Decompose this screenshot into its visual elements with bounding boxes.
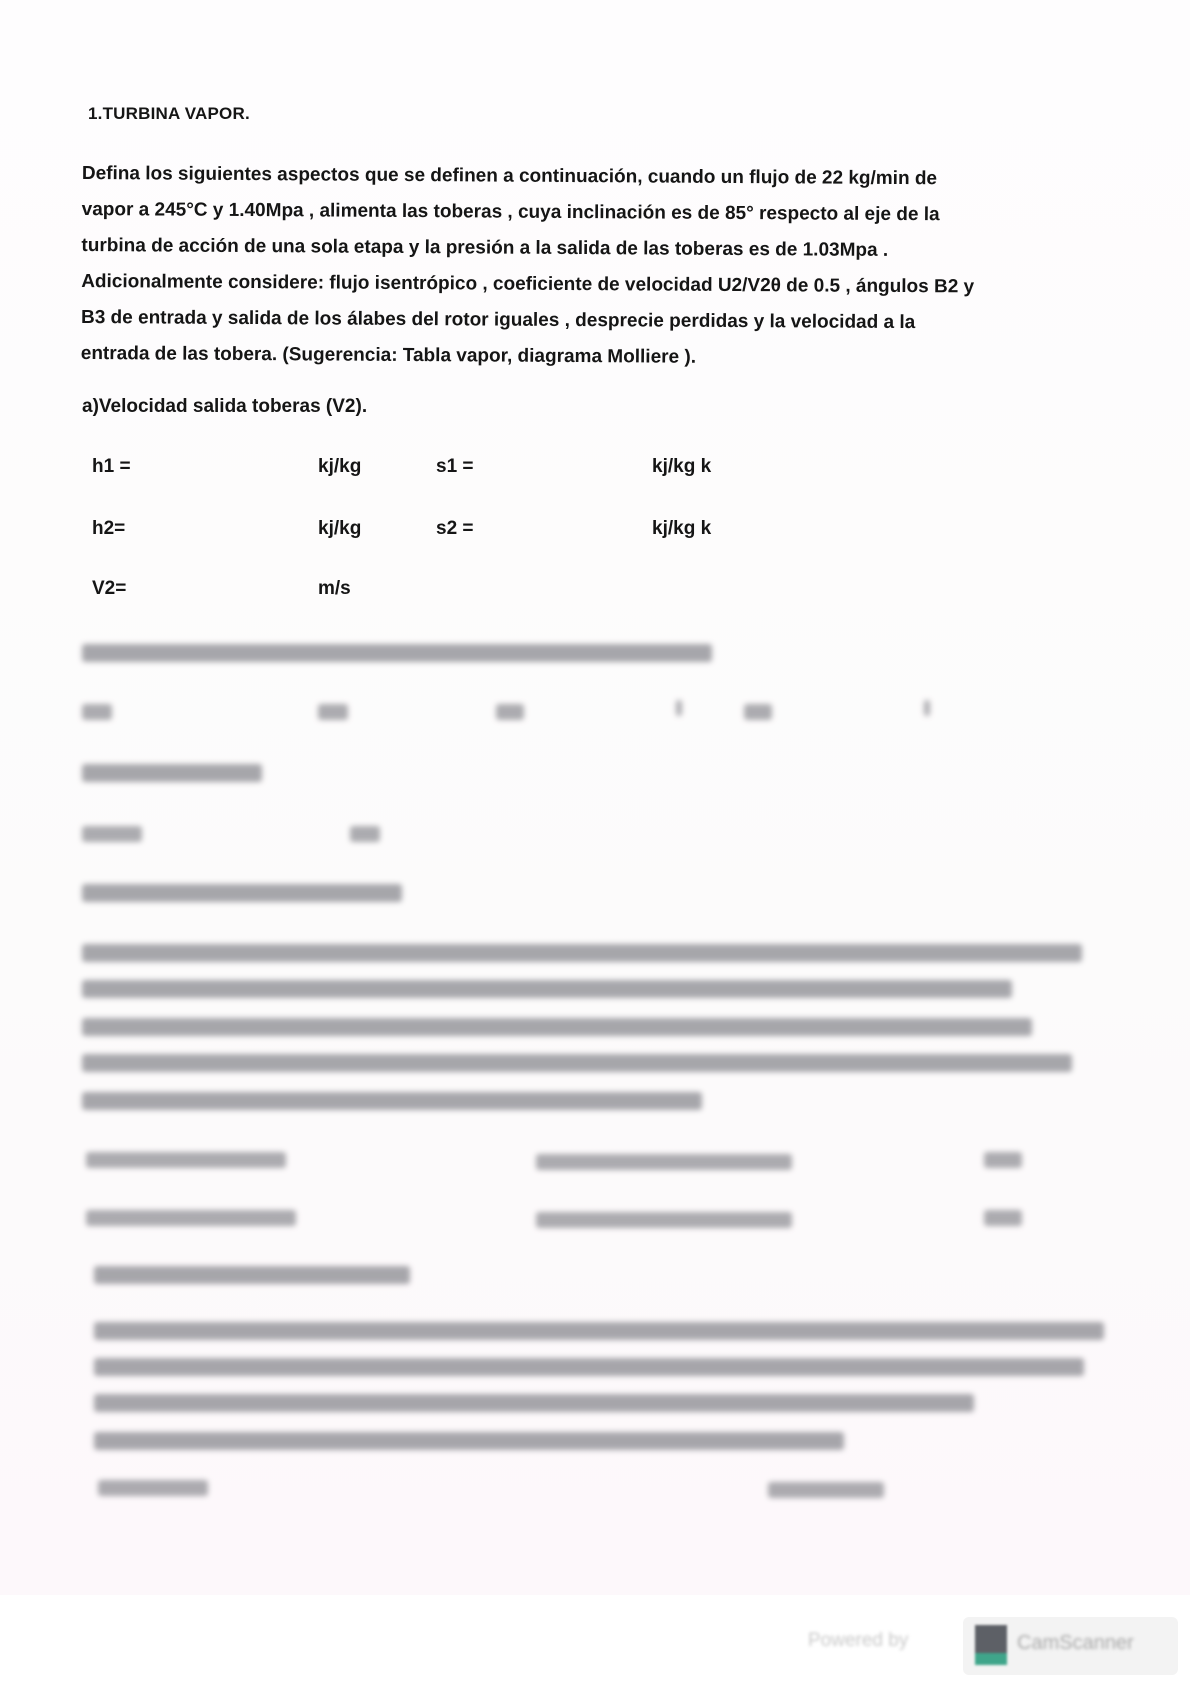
field-unit-s2: kj/kg k (652, 518, 711, 540)
blurred-paragraph-line (82, 1092, 702, 1110)
problem-statement: Defina los siguientes aspectos que se de… (81, 156, 1132, 378)
blurred-paragraph-line (82, 980, 1012, 998)
field-label-h1: h1 = (92, 456, 131, 478)
field-unit-h1: kj/kg (318, 456, 361, 478)
field-label-s2: s2 = (436, 518, 474, 540)
blurred-field (536, 1154, 792, 1170)
blurred-heading-section-2 (82, 884, 402, 902)
blurred-field (676, 700, 682, 716)
blurred-paragraph-line (94, 1358, 1084, 1376)
section-title-turbina-vapor: 1.TURBINA VAPOR. (88, 104, 250, 124)
powered-by-text: Powered by (808, 1630, 908, 1652)
part-a-heading: a)Velocidad salida toberas (V2). (82, 396, 367, 418)
camscanner-logo-icon (975, 1625, 1007, 1665)
field-label-h2: h2= (92, 518, 125, 540)
field-unit-v2: m/s (318, 578, 351, 600)
blurred-paragraph-line (94, 1432, 844, 1450)
scanned-page: 1.TURBINA VAPOR. Defina los siguientes a… (0, 0, 1190, 1595)
blurred-field (318, 704, 348, 720)
blurred-field (86, 1210, 296, 1226)
blurred-heading-part-b (82, 644, 712, 662)
blurred-paragraph-line (94, 1322, 1104, 1340)
blurred-field (98, 1480, 208, 1496)
field-label-v2: V2= (92, 578, 126, 600)
camscanner-brand-text: CamScanner (1017, 1632, 1134, 1655)
blurred-heading-section-3 (94, 1266, 410, 1284)
blurred-field (984, 1152, 1022, 1168)
blurred-field (744, 704, 772, 720)
blurred-paragraph-line (82, 1018, 1032, 1036)
blurred-field (82, 704, 112, 720)
blurred-field (536, 1212, 792, 1228)
blurred-paragraph-line (82, 1054, 1072, 1072)
blurred-field (82, 826, 142, 842)
problem-line: entrada de las tobera. (Sugerencia: Tabl… (81, 336, 1131, 378)
blurred-field (86, 1152, 286, 1168)
blurred-field (924, 700, 930, 716)
field-unit-s1: kj/kg k (652, 456, 711, 478)
blurred-field (984, 1210, 1022, 1226)
field-label-s1: s1 = (436, 456, 474, 478)
blurred-field (350, 826, 380, 842)
blurred-heading-part-c (82, 764, 262, 782)
blurred-field (496, 704, 524, 720)
field-unit-h2: kj/kg (318, 518, 361, 540)
blurred-paragraph-line (82, 944, 1082, 962)
blurred-paragraph-line (94, 1394, 974, 1412)
blurred-field (768, 1482, 884, 1498)
